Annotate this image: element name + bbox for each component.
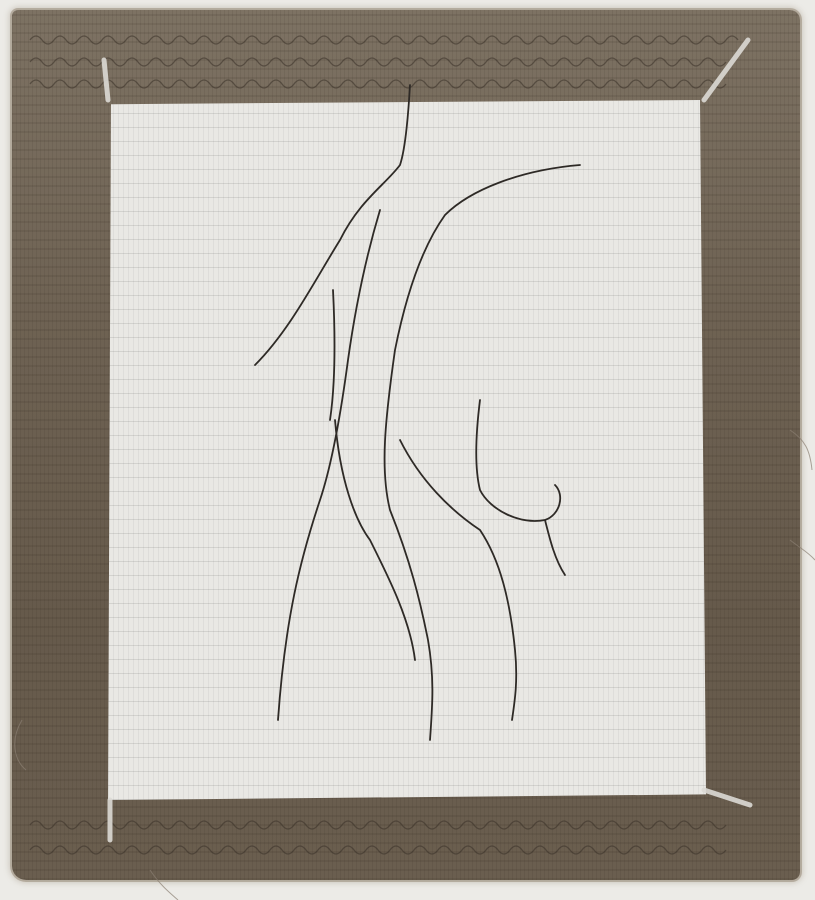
figure-lines <box>255 85 580 740</box>
textile-artwork <box>0 0 815 900</box>
figure-contours <box>0 0 815 900</box>
corner-stitches <box>104 40 750 840</box>
